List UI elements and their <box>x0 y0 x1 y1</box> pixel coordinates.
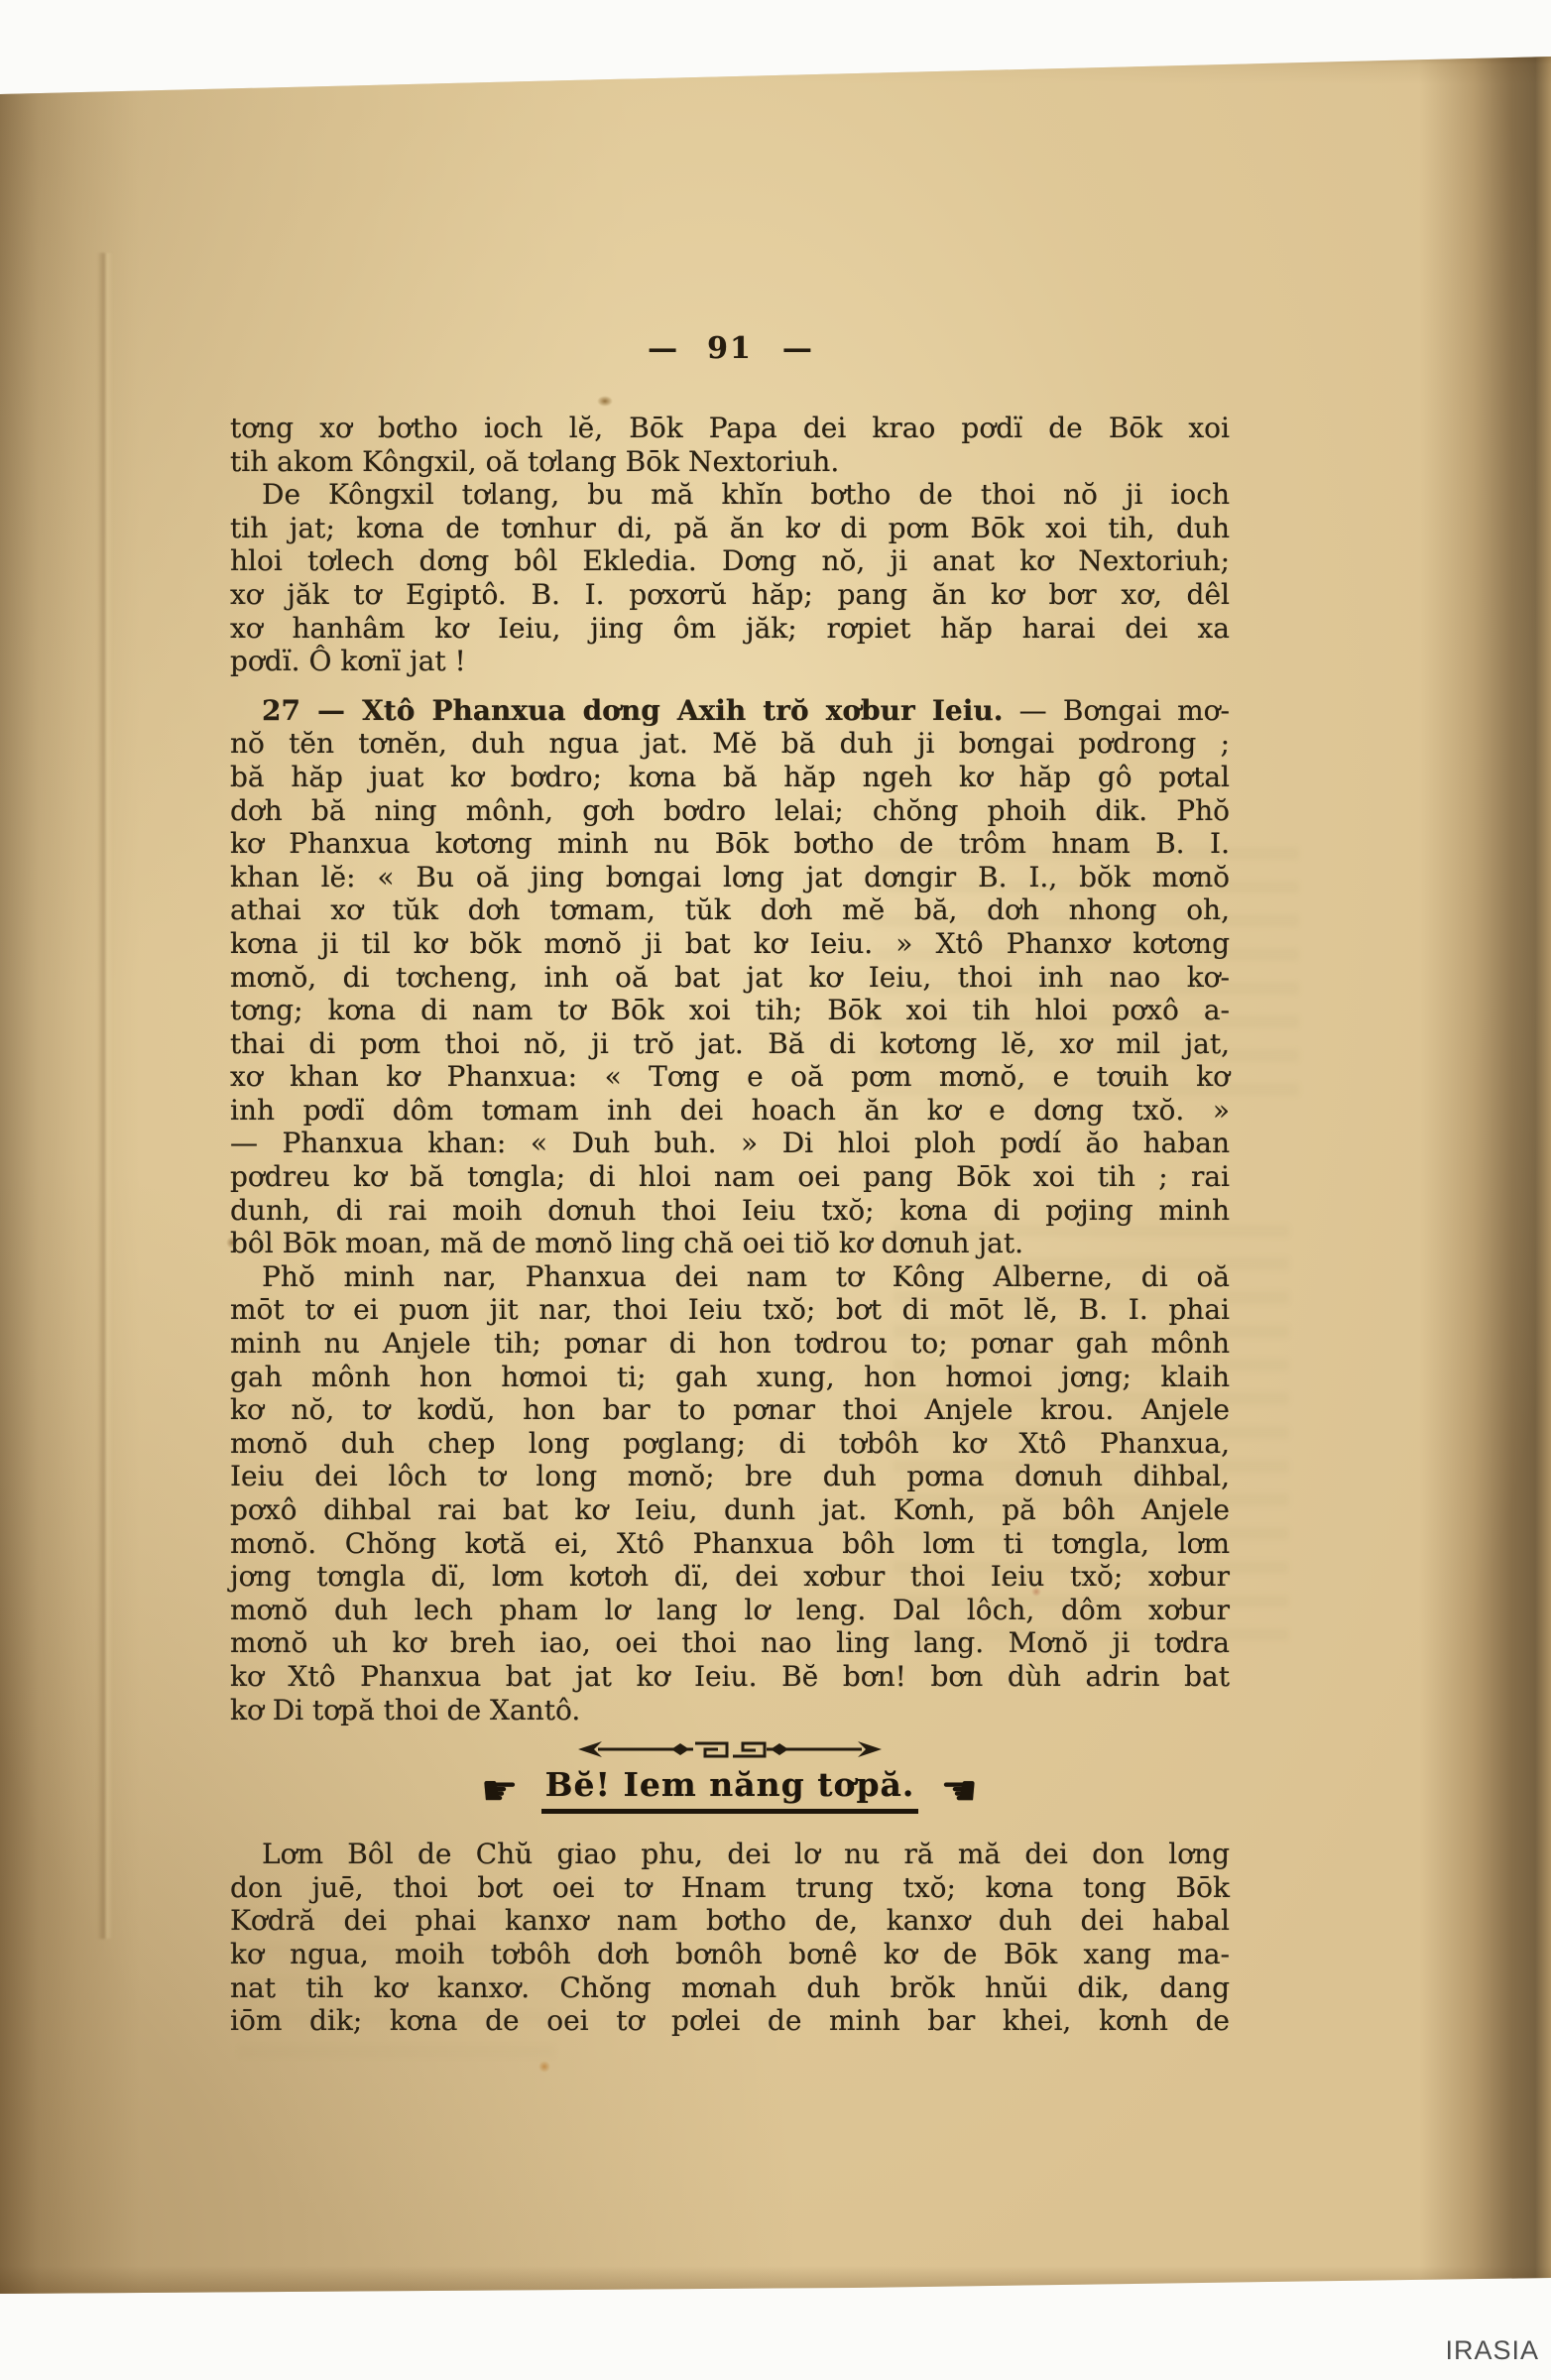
text-line: kơ ngua, moih tơbôh dơh bơnôh bơnê kơ de… <box>230 1938 1230 1971</box>
text-line: pơxô dihbal rai bat kơ Ieiu, dunh jat. K… <box>230 1493 1230 1527</box>
paragraph: Lơm Bôl de Chŭ giao phu, dei lơ nu ră mă… <box>230 1838 1230 2038</box>
text-line: pơdreu kơ bă tơngla; di hloi nam oei pan… <box>230 1160 1230 1194</box>
text-line: mơnŏ duh lech pham lơ lang lơ leng. Dal … <box>230 1594 1230 1627</box>
text-line: iōm dik; kơna de oei tơ pơlei de minh ba… <box>230 2004 1230 2038</box>
ornament-divider <box>230 1730 1230 1760</box>
page-number-value: 91 <box>707 331 753 366</box>
text-line: kơ nŏ, tơ kơdŭ, hon bar to pơnar thoi An… <box>230 1393 1230 1427</box>
text-line: thai di pơm thoi nŏ, ji trŏ jat. Bă di k… <box>230 1027 1230 1061</box>
paragraph-section-27: 27 — Xtô Phanxua dơng Axih trŏ xơbur Iei… <box>230 694 1230 1260</box>
paper-stain <box>538 2061 550 2073</box>
manicule-pointing-left-icon: ☚ <box>940 1766 979 1815</box>
watermark: IRASIA <box>1445 2335 1539 2366</box>
text-line: tih jat; kơna de tơnhur di, pă ăn kơ di … <box>230 512 1230 545</box>
text-line: mơnŏ uh kơ breh iao, oei thoi nao ling l… <box>230 1626 1230 1660</box>
text-line: xơ jăk tơ Egiptô. B. I. pơxơrŭ hăp; pang… <box>230 578 1230 612</box>
scan-background: { "page": { "number_prefix": "—", "numbe… <box>0 0 1551 2380</box>
text-line: kơ Xtô Phanxua bat jat kơ Ieiu. Bĕ bơn! … <box>230 1660 1230 1694</box>
greek-key-ornament-icon <box>576 1736 884 1762</box>
page-number-dash-right: — <box>782 331 812 366</box>
text-line: don juē, thoi bơt oei tơ Hnam trung txŏ;… <box>230 1871 1230 1905</box>
text-line: bôl Bōk moan, mă de mơnŏ ling chă oei ti… <box>230 1227 1230 1260</box>
text-line: jơng tơngla dï, lơm kơtơh dï, dei xơbur … <box>230 1560 1230 1594</box>
text-line: dunh, di rai moih dơnuh thoi Ieiu txŏ; k… <box>230 1194 1230 1228</box>
text-line: bă hăp juat kơ bơdro; kơna bă hăp ngeh k… <box>230 761 1230 794</box>
text-line: — Phanxua khan: « Duh buh. » Di hloi plo… <box>230 1127 1230 1160</box>
text-line: Ieiu dei lôch tơ long mơnŏ; bre duh pơma… <box>230 1460 1230 1493</box>
text-line: 27 — Xtô Phanxua dơng Axih trŏ xơbur Iei… <box>230 694 1230 728</box>
text-line: nat tih kơ kanxơ. Chŏng mơnah duh brŏk h… <box>230 1971 1230 2005</box>
page-number-dash-left: — <box>648 331 677 366</box>
paper-stain <box>597 396 613 407</box>
text-line: inh pơdï dôm tơmam inh dei hoach ăn kơ e… <box>230 1094 1230 1128</box>
text-line: khan lĕ: « Bu oă jing bơngai lơng jat dơ… <box>230 861 1230 894</box>
text-line: minh nu Anjele tih; pơnar di hon tơdrou … <box>230 1327 1230 1361</box>
text-line: kơna ji til kơ bŏk mơnŏ ji bat kơ Ieiu. … <box>230 927 1230 961</box>
paragraph: tơng xơ bơtho ioch lĕ, Bōk Papa dei krao… <box>230 412 1230 478</box>
text-line: gah mônh hon hơmoi ti; gah xung, hon hơm… <box>230 1361 1230 1394</box>
manicule-pointing-right-icon: ☛ <box>481 1766 520 1815</box>
text-line: athai xơ tŭk dơh tơmam, tŭk dơh mĕ bă, d… <box>230 893 1230 927</box>
page-number: —91— <box>230 331 1230 366</box>
text-line: Lơm Bôl de Chŭ giao phu, dei lơ nu ră mă… <box>230 1838 1230 1871</box>
text-line: mōt tơ ei puơn jit nar, thoi Ieiu txŏ; b… <box>230 1293 1230 1327</box>
text-line: dơh bă ning mônh, gơh bơdro lelai; chŏng… <box>230 794 1230 828</box>
paragraph: Phŏ minh nar, Phanxua dei nam tơ Kông Al… <box>230 1260 1230 1726</box>
text-line: mơnŏ, di tơcheng, inh oă bat jat kơ Ieiu… <box>230 961 1230 995</box>
section-heading: ☛Bĕ! Iem năng tơpă.☚ <box>230 1768 1230 1824</box>
text-line: xơ hanhâm kơ Ieiu, jing ôm jăk; rơpiet h… <box>230 612 1230 646</box>
text-line: tơng xơ bơtho ioch lĕ, Bōk Papa dei krao… <box>230 412 1230 445</box>
text-line: mơnŏ. Chŏng kơtă ei, Xtô Phanxua bôh lơm… <box>230 1527 1230 1561</box>
text-column: tơng xơ bơtho ioch lĕ, Bōk Papa dei krao… <box>230 412 1230 2038</box>
paragraph: De Kôngxil tơlang, bu mă khĭn bơtho de t… <box>230 478 1230 678</box>
text-line: pơdï. Ô kơnï jat ! <box>230 645 1230 678</box>
text-line: Kơdră dei phai kanxơ nam bơtho de, kanxơ… <box>230 1904 1230 1938</box>
heading-text: Bĕ! Iem năng tơpă. <box>541 1768 919 1814</box>
page-crease <box>97 253 113 1939</box>
text-line: tih akom Kôngxil, oă tơlang Bōk Nextoriu… <box>230 445 1230 479</box>
text-line: De Kôngxil tơlang, bu mă khĭn bơtho de t… <box>230 478 1230 512</box>
text-line: Phŏ minh nar, Phanxua dei nam tơ Kông Al… <box>230 1260 1230 1294</box>
text-line: tơng; kơna di nam tơ Bōk xoi tih; Bōk xo… <box>230 994 1230 1027</box>
text-line: nŏ tĕn tơnĕn, duh ngua jat. Mĕ bă duh ji… <box>230 727 1230 761</box>
text-line: hloi tơlech dơng bôl Ekledia. Dơng nŏ, j… <box>230 544 1230 578</box>
text-line: kơ Phanxua kơtơng minh nu Bōk bơtho de t… <box>230 827 1230 861</box>
text-line: xơ khan kơ Phanxua: « Tơng e oă pơm mơnŏ… <box>230 1060 1230 1094</box>
text-line: kơ Di tơpă thoi de Xantô. <box>230 1694 1230 1727</box>
text-line: mơnŏ duh chep long pơglang; di tơbôh kơ … <box>230 1427 1230 1461</box>
